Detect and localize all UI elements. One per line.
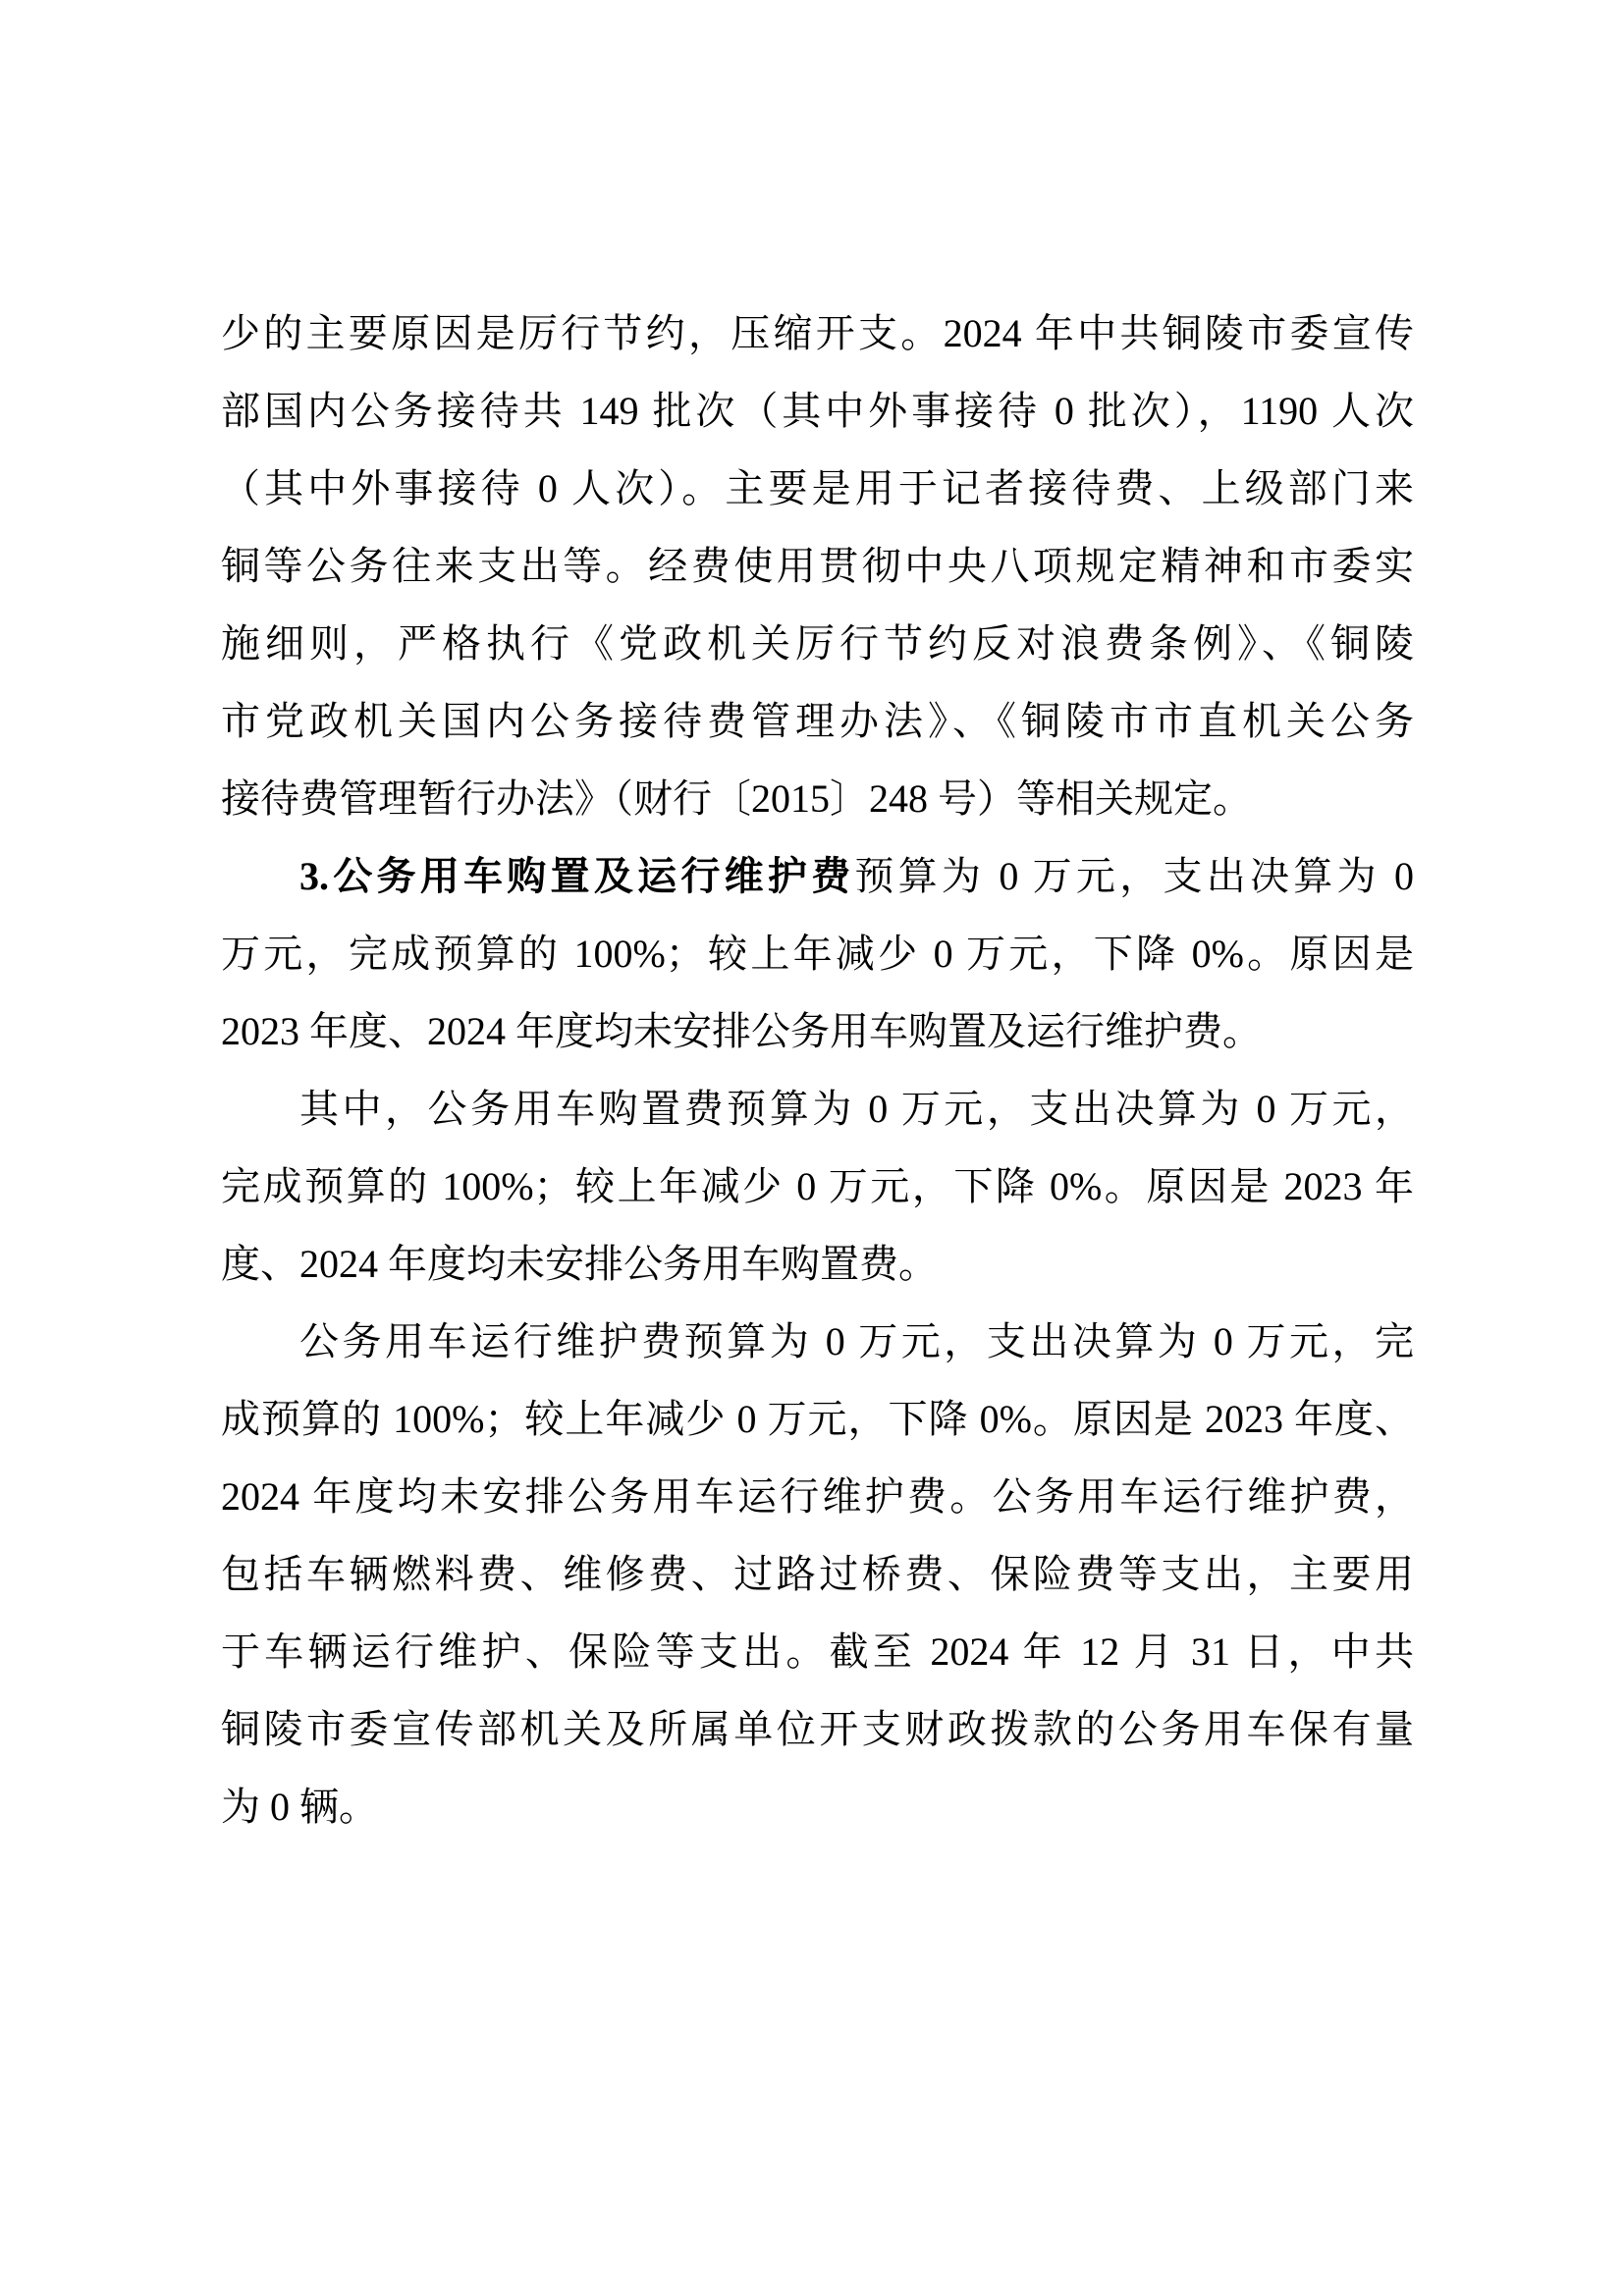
text-run: 万元，完成预算的 100%；较上年减少 0 万元，下降 0%。原因是 [221, 932, 1414, 976]
text-line: 其中，公务用车购置费预算为 0 万元，支出决算为 0 万元， [221, 1070, 1414, 1148]
text-line: 少的主要原因是厉行节约，压缩开支。2024 年中共铜陵市委宣传 [221, 294, 1414, 372]
text-line: 2023 年度、2024 年度均未安排公务用车购置及运行维护费。 [221, 992, 1414, 1070]
text-line: 于车辆运行维护、保险等支出。截至 2024 年 12 月 31 日，中共 [221, 1613, 1414, 1690]
text-run: 施细则，严格执行《党政机关厉行节约反对浪费条例》、《铜陵 [221, 621, 1414, 666]
text-run: 包括车辆燃料费、维修费、过路过桥费、保险费等支出，主要用 [221, 1552, 1414, 1596]
text-run: 完成预算的 100%；较上年减少 0 万元，下降 0%。原因是 2023 年 [221, 1164, 1414, 1208]
text-run: 铜陵市委宣传部机关及所属单位开支财政拨款的公务用车保有量 [221, 1707, 1414, 1751]
text-line: 完成预算的 100%；较上年减少 0 万元，下降 0%。原因是 2023 年 [221, 1148, 1414, 1225]
text-line: 3.公务用车购置及运行维护费预算为 0 万元，支出决算为 0 [221, 837, 1414, 915]
text-line: 施细则，严格执行《党政机关厉行节约反对浪费条例》、《铜陵 [221, 605, 1414, 682]
text-run: 预算为 0 万元，支出决算为 0 [854, 854, 1414, 898]
text-line: 市党政机关国内公务接待费管理办法》、《铜陵市市直机关公务 [221, 682, 1414, 760]
text-run: 铜等公务往来支出等。经费使用贯彻中央八项规定精神和市委实 [221, 544, 1414, 588]
text-run: 市党政机关国内公务接待费管理办法》、《铜陵市市直机关公务 [221, 699, 1414, 743]
text-line: 2024 年度均未安排公务用车运行维护费。公务用车运行维护费， [221, 1458, 1414, 1535]
text-line: 成预算的 100%；较上年减少 0 万元，下降 0%。原因是 2023 年度、 [221, 1380, 1414, 1458]
text-line: 为 0 辆。 [221, 1768, 1414, 1845]
text-run: 成预算的 100%；较上年减少 0 万元，下降 0%。原因是 2023 年度、 [221, 1397, 1414, 1441]
text-run: 其中，公务用车购置费预算为 0 万元，支出决算为 0 万元， [299, 1087, 1414, 1131]
text-run: 部国内公务接待共 149 批次（其中外事接待 0 批次），1190 人次 [221, 389, 1414, 433]
text-line: 公务用车运行维护费预算为 0 万元，支出决算为 0 万元，完 [221, 1303, 1414, 1380]
text-line: （其中外事接待 0 人次）。主要是用于记者接待费、上级部门来 [221, 450, 1414, 527]
text-run: 接待费管理暂行办法》（财行〔2015〕248 号）等相关规定。 [221, 776, 1252, 821]
text-run: （其中外事接待 0 人次）。主要是用于记者接待费、上级部门来 [221, 466, 1414, 510]
text-line: 万元，完成预算的 100%；较上年减少 0 万元，下降 0%。原因是 [221, 915, 1414, 992]
text-line: 铜陵市委宣传部机关及所属单位开支财政拨款的公务用车保有量 [221, 1690, 1414, 1768]
text-run: 为 0 辆。 [221, 1785, 378, 1829]
text-run: 度、2024 年度均未安排公务用车购置费。 [221, 1242, 938, 1286]
document-page: 少的主要原因是厉行节约，压缩开支。2024 年中共铜陵市委宣传部国内公务接待共 … [0, 0, 1624, 2296]
text-run-bold: 3.公务用车购置及运行维护费 [299, 854, 854, 898]
text-run: 2023 年度、2024 年度均未安排公务用车购置及运行维护费。 [221, 1009, 1262, 1053]
text-line: 铜等公务往来支出等。经费使用贯彻中央八项规定精神和市委实 [221, 527, 1414, 605]
text-block: 少的主要原因是厉行节约，压缩开支。2024 年中共铜陵市委宣传部国内公务接待共 … [221, 294, 1414, 1845]
text-line: 部国内公务接待共 149 批次（其中外事接待 0 批次），1190 人次 [221, 372, 1414, 450]
text-run: 于车辆运行维护、保险等支出。截至 2024 年 12 月 31 日，中共 [221, 1629, 1414, 1674]
text-run: 公务用车运行维护费预算为 0 万元，支出决算为 0 万元，完 [299, 1319, 1414, 1363]
text-run: 2024 年度均未安排公务用车运行维护费。公务用车运行维护费， [221, 1474, 1414, 1519]
text-line: 包括车辆燃料费、维修费、过路过桥费、保险费等支出，主要用 [221, 1535, 1414, 1613]
text-run: 少的主要原因是厉行节约，压缩开支。2024 年中共铜陵市委宣传 [221, 311, 1414, 355]
text-line: 度、2024 年度均未安排公务用车购置费。 [221, 1225, 1414, 1303]
text-line: 接待费管理暂行办法》（财行〔2015〕248 号）等相关规定。 [221, 760, 1414, 837]
